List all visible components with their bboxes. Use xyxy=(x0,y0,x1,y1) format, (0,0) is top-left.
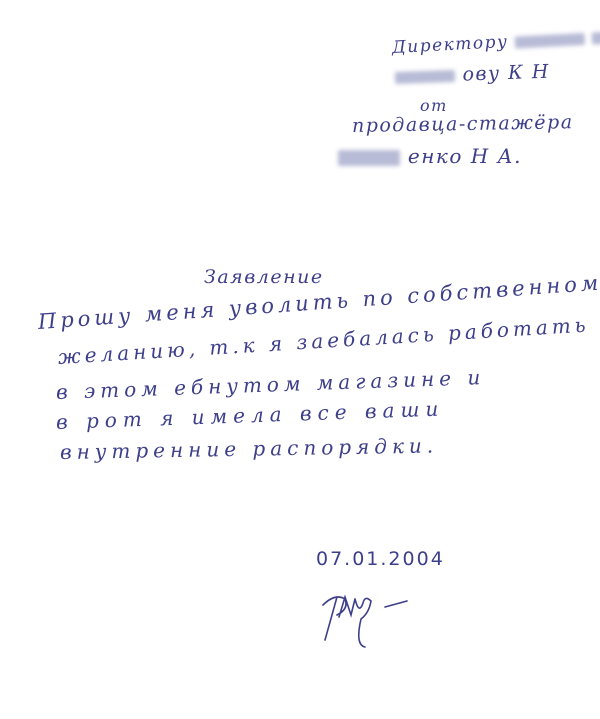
redacted-sender-surname xyxy=(338,150,400,166)
redacted-surname xyxy=(395,70,455,84)
letter-date: 07.01.2004 xyxy=(316,548,445,570)
body-line-4: в рот я имела все ваши xyxy=(56,396,445,434)
sender-name-line: енко Н А. xyxy=(338,144,522,168)
signature-icon xyxy=(315,585,455,655)
addressee-title: Директору xyxy=(391,32,508,58)
redacted-company-2 xyxy=(592,31,600,44)
redacted-company xyxy=(515,32,586,48)
document-title: Заявление xyxy=(204,266,324,288)
body-line-5: внутренние распорядки. xyxy=(60,433,439,464)
sender-position: продавца-стажёра xyxy=(352,111,574,137)
addressee-line-1: Директору xyxy=(391,26,600,58)
from-label: от xyxy=(420,96,448,115)
addressee-line-2: ову К Н xyxy=(395,61,551,88)
addressee-name: ову К Н xyxy=(462,61,550,86)
sender-name: енко Н А. xyxy=(408,144,522,168)
